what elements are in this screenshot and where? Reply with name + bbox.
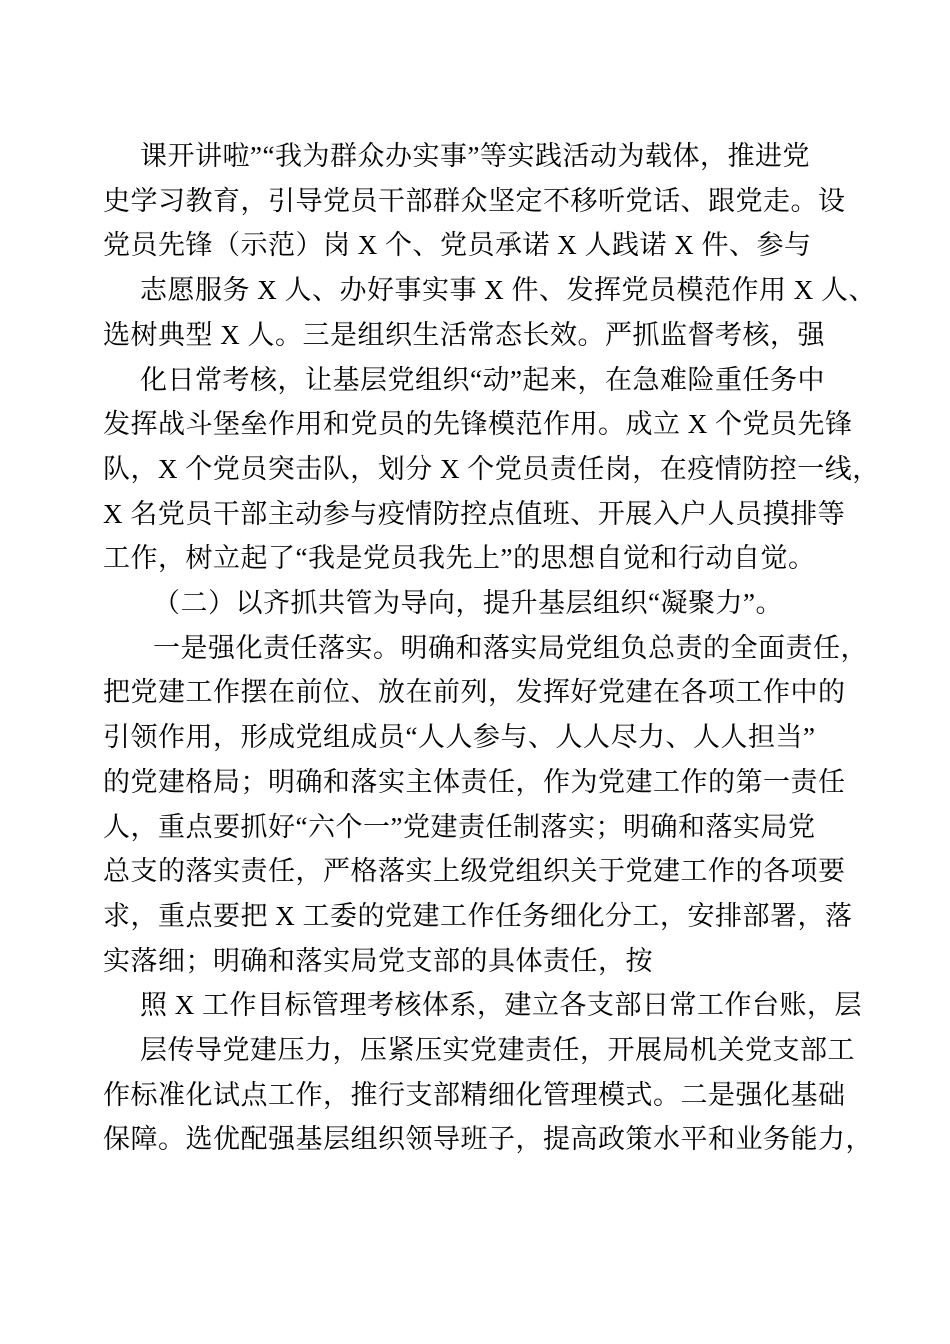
text-line: 作标准化试点工作，推行支部精细化管理模式。二是强化基础	[103, 1073, 850, 1118]
text-line: 课开讲啦”“我为群众办实事”等实践活动为载体，推进党	[103, 134, 850, 179]
text-line: 队，X 个党员突击队，划分 X 个党员责任岗，在疫情防控一线，	[103, 447, 850, 492]
text-line: 志愿服务 X 人、办好事实事 X 件、发挥党员模范作用 X 人、	[103, 268, 850, 313]
text-line: 保障。选优配强基层组织领导班子，提高政策水平和业务能力，	[103, 1117, 850, 1162]
text-line: 求，重点要把 X 工委的党建工作任务细化分工，安排部署，落	[103, 894, 850, 939]
text-line: 党员先锋（示范）岗 X 个、党员承诺 X 人践诺 X 件、参与	[103, 223, 850, 268]
text-line: 的党建格局；明确和落实主体责任，作为党建工作的第一责任	[103, 760, 850, 805]
text-line: （二）以齐抓共管为导向，提升基层组织“凝聚力”。	[103, 581, 850, 626]
text-line: 层传导党建压力，压紧压实党建责任，开展局机关党支部工	[103, 1028, 850, 1073]
text-line: 总支的落实责任，严格落实上级党组织关于党建工作的各项要	[103, 849, 850, 894]
text-line: 工作，树立起了“我是党员我先上”的思想自觉和行动自觉。	[103, 536, 850, 581]
text-line: 化日常考核，让基层党组织“动”起来，在急难险重任务中	[103, 358, 850, 403]
text-line: 一是强化责任落实。明确和落实局党组负总责的全面责任，	[103, 626, 850, 671]
text-line: 发挥战斗堡垒作用和党员的先锋模范作用。成立 X 个党员先锋	[103, 402, 850, 447]
text-line: 把党建工作摆在前位、放在前列，发挥好党建在各项工作中的	[103, 670, 850, 715]
text-line: X 名党员干部主动参与疫情防控点值班、开展入户人员摸排等	[103, 492, 850, 537]
text-line: 选树典型 X 人。三是组织生活常态长效。严抓监督考核，强	[103, 313, 850, 358]
text-line: 照 X 工作目标管理考核体系，建立各支部日常工作台账，层	[103, 983, 850, 1028]
text-line: 人，重点要抓好“六个一”党建责任制落实；明确和落实局党	[103, 805, 850, 850]
text-line: 史学习教育，引导党员干部群众坚定不移听党话、跟党走。设	[103, 179, 850, 224]
text-block: 课开讲啦”“我为群众办实事”等实践活动为载体，推进党史学习教育，引导党员干部群众…	[103, 134, 850, 1162]
text-line: 实落细；明确和落实局党支部的具体责任，按	[103, 939, 850, 984]
document-page: 课开讲啦”“我为群众办实事”等实践活动为载体，推进党史学习教育，引导党员干部群众…	[0, 0, 950, 1344]
text-line: 引领作用，形成党组成员“人人参与、人人尽力、人人担当”	[103, 715, 850, 760]
